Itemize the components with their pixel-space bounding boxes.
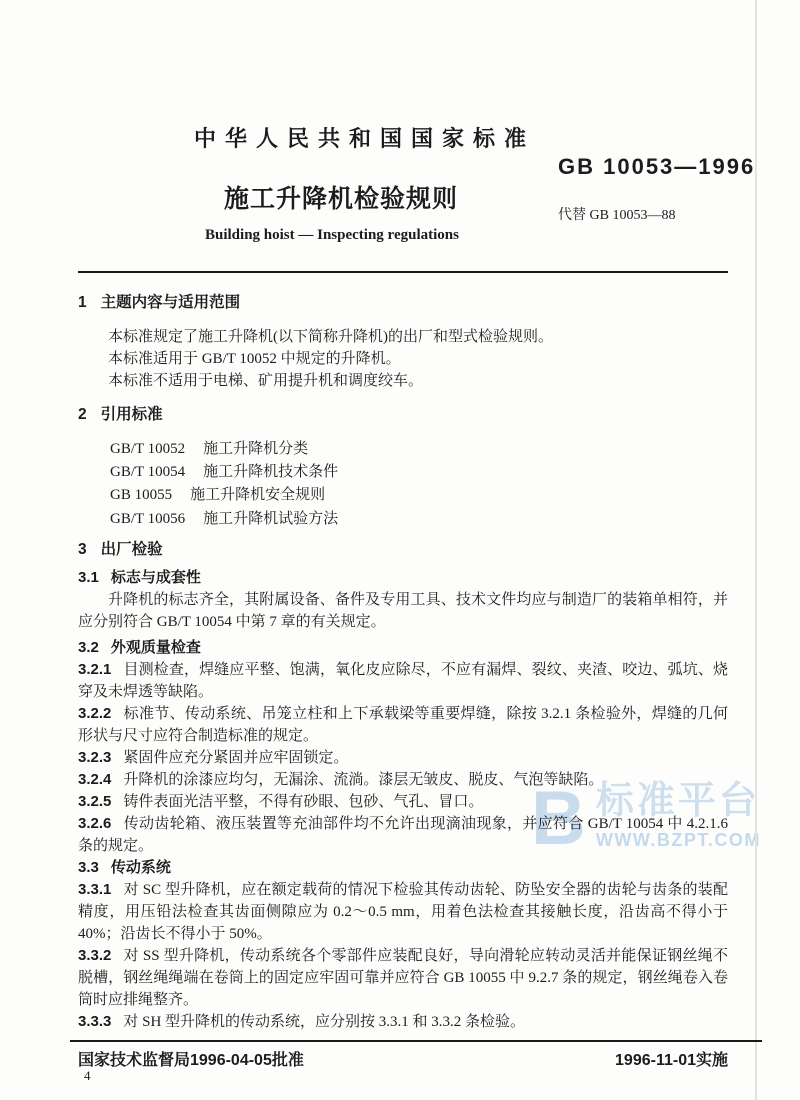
standard-type-heading: 中华人民共和国国家标准 [194,122,535,153]
clause-3-2-6: 3.2.6传动齿轮箱、液压装置等充油部件均不允许出现滴油现象，并应符合 GB/T… [78,813,728,857]
clause-3-3-1: 3.3.1对 SC 型升降机，应在额定载荷的情况下检验其传动齿轮、防坠安全器的齿… [78,879,728,945]
clause-number: 3.2.3 [78,749,111,766]
document-page: B 标准平台 WWW.BZPT.COM 中华人民共和国国家标准 GB 10053… [0,0,800,1100]
section-3-1-heading: 3.1标志与成套性 [78,567,728,589]
standard-code: GB 10053—1996 [558,154,755,180]
approval-notice: 国家技术监督局1996-04-05批准 [78,1047,304,1070]
standard-ref-code: GB/T 10052 [110,441,185,457]
clause-text: 对 SS 型升降机，传动系统各个零部件应装配良好，导向滑轮应转动灵活并能保证钢丝… [78,948,728,1008]
standard-ref-name: 施工升降机安全规则 [190,487,325,503]
section-3-1-number: 3.1 [78,569,99,586]
clause-number: 3.2.5 [78,793,111,810]
section-1-paragraph: 本标准不适用于电梯、矿用提升机和调度绞车。 [78,370,728,392]
section-3-3-title: 传动系统 [111,859,171,876]
section-3-3-heading: 3.3传动系统 [78,857,728,879]
section-1-paragraph: 本标准适用于 GB/T 10052 中规定的升降机。 [78,348,728,370]
referenced-standard: GB/T 10054施工升降机技术条件 [110,461,728,484]
referenced-standard: GB 10055施工升降机安全规则 [110,484,728,507]
section-3-1-paragraph: 升降机的标志齐全，其附属设备、备件及专用工具、技术文件均应与制造厂的装箱单相符，… [78,589,728,633]
clause-3-2-2: 3.2.2标准节、传动系统、吊笼立柱和上下承载梁等重要焊缝，除按 3.2.1 条… [78,703,728,747]
footer-divider [70,1040,762,1042]
clause-3-2-4: 3.2.4升降机的涂漆应均匀，无漏涂、流淌。漆层无皱皮、脱皮、气泡等缺陷。 [78,769,728,791]
clause-text: 铸件表面光洁平整，不得有砂眼、包砂、气孔、冒口。 [123,794,483,810]
section-3-2-number: 3.2 [78,639,99,656]
standard-ref-code: GB/T 10056 [110,511,185,527]
clause-text: 传动齿轮箱、液压装置等充油部件均不允许出现滴油现象，并应符合 GB/T 1005… [78,816,728,854]
section-1-title: 主题内容与适用范围 [101,294,241,311]
standard-ref-name: 施工升降机分类 [203,441,308,457]
clause-text: 紧固件应充分紧固并应牢固锁定。 [123,750,348,766]
section-3-2-heading: 3.2外观质量检查 [78,637,728,659]
section-1-paragraph: 本标准规定了施工升降机(以下简称升降机)的出厂和型式检验规则。 [78,326,728,348]
replaces-note: 代替 GB 10053—88 [558,204,675,224]
section-2-heading: 2引用标准 [78,404,728,426]
clause-number: 3.3.3 [78,1013,111,1030]
document-title-cn: 施工升降机检验规则 [224,179,458,215]
referenced-standard: GB/T 10052施工升降机分类 [110,438,728,461]
clause-3-3-3: 3.3.3对 SH 型升降机的传动系统，应分别按 3.3.1 和 3.3.2 条… [78,1011,728,1033]
clause-text: 升降机的涂漆应均匀，无漏涂、流淌。漆层无皱皮、脱皮、气泡等缺陷。 [123,772,603,788]
section-3-title: 出厂检验 [101,541,163,558]
standard-ref-code: GB/T 10054 [110,464,185,480]
clause-number: 3.3.1 [78,881,111,898]
header-divider [78,271,728,273]
clause-number: 3.2.4 [78,771,111,788]
standard-ref-code: GB 10055 [110,487,172,503]
document-title-en: Building hoist — Inspecting regulations [205,227,459,244]
clause-text: 对 SC 型升降机，应在额定载荷的情况下检验其传动齿轮、防坠安全器的齿轮与齿条的… [78,882,728,942]
standard-ref-name: 施工升降机技术条件 [203,464,338,480]
section-3-number: 3 [78,541,87,558]
section-1-heading: 1主题内容与适用范围 [78,292,728,314]
clause-3-2-5: 3.2.5铸件表面光洁平整，不得有砂眼、包砂、气孔、冒口。 [78,791,728,813]
section-3-2-title: 外观质量检查 [111,639,201,656]
section-3-3-number: 3.3 [78,859,99,876]
clause-number: 3.2.2 [78,705,111,722]
clause-3-2-1: 3.2.1目测检查，焊缝应平整、饱满，氧化皮应除尽，不应有漏焊、裂纹、夹渣、咬边… [78,659,728,703]
clause-text: 对 SH 型升降机的传动系统，应分别按 3.3.1 和 3.3.2 条检验。 [123,1014,525,1030]
clause-number: 3.2.1 [78,661,111,678]
effective-date: 1996-11-01实施 [615,1047,728,1070]
section-2-title: 引用标准 [101,406,163,423]
standard-ref-name: 施工升降机试验方法 [203,511,338,527]
referenced-standard: GB/T 10056施工升降机试验方法 [110,508,728,531]
clause-number: 3.3.2 [78,947,111,964]
clause-number: 3.2.6 [78,815,111,832]
document-body: 1主题内容与适用范围 本标准规定了施工升降机(以下简称升降机)的出厂和型式检验规… [78,288,728,1033]
section-2-number: 2 [78,406,87,423]
clause-3-3-2: 3.3.2对 SS 型升降机，传动系统各个零部件应装配良好，导向滑轮应转动灵活并… [78,945,728,1011]
section-3-1-title: 标志与成套性 [111,569,201,586]
clause-text: 标准节、传动系统、吊笼立柱和上下承载梁等重要焊缝，除按 3.2.1 条检验外，焊… [78,706,728,744]
scan-edge-shadow [755,0,757,1100]
referenced-standards-list: GB/T 10052施工升降机分类 GB/T 10054施工升降机技术条件 GB… [78,438,728,531]
clause-3-2-3: 3.2.3紧固件应充分紧固并应牢固锁定。 [78,747,728,769]
clause-text: 目测检查，焊缝应平整、饱满，氧化皮应除尽，不应有漏焊、裂纹、夹渣、咬边、弧坑、烧… [78,662,728,700]
section-3-heading: 3出厂检验 [78,539,728,561]
page-number: 4 [84,1068,91,1084]
section-1-number: 1 [78,294,87,311]
